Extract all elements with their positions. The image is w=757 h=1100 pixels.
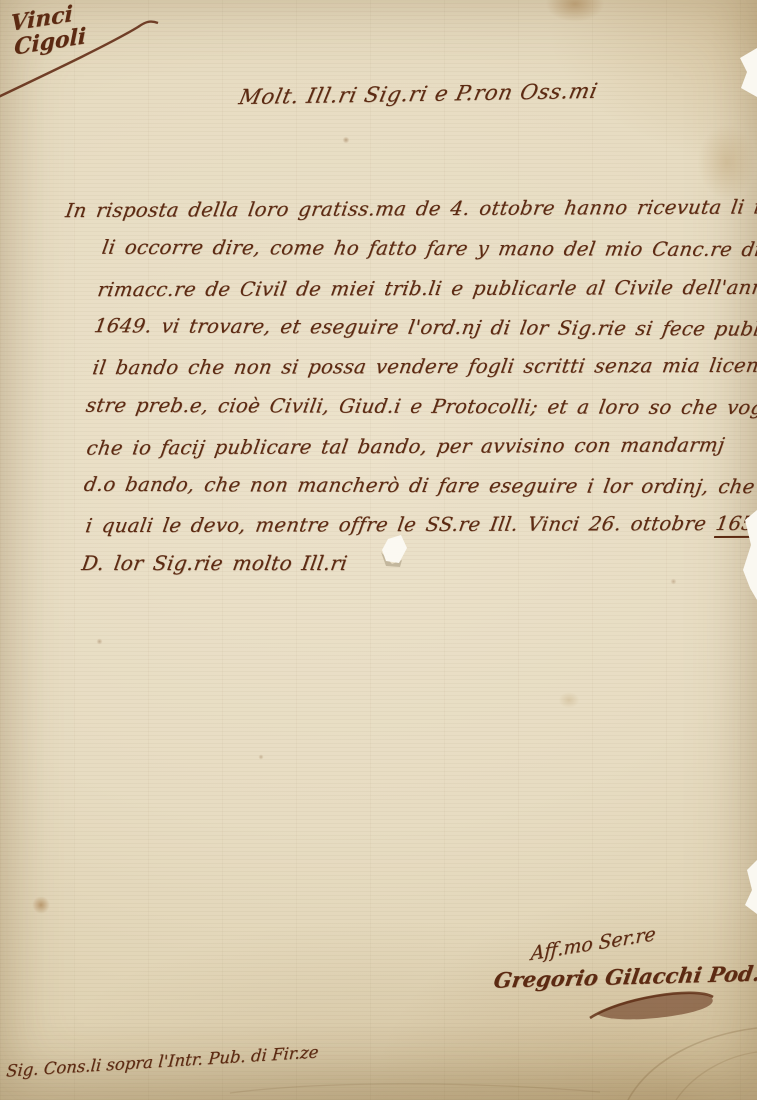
body-line-5: il bando che non si possa vendere fogli … [91, 354, 757, 379]
body-line-1: In risposta della loro gratiss.ma de 4. … [64, 195, 757, 222]
date-year: 1652 [714, 512, 757, 538]
body-line-7: che io facij publicare tal bando, per av… [85, 433, 726, 459]
body-line-6: stre preb.e, cioè Civili, Giud.i e Proto… [84, 394, 757, 420]
body-line-9: i quali le devo, mentre offre le SS.re I… [84, 512, 757, 537]
closing-line: D. lor Sig.rie molto Ill.ri [80, 551, 349, 575]
body-line-9-text: i quali le devo, mentre offre le SS.re I… [84, 512, 718, 537]
body-line-2: li occorre dire, come ho fatto fare y ma… [100, 236, 757, 262]
letter-page: Vinci Cigoli Molt. Ill.ri Sig.ri e P.ron… [0, 0, 757, 1100]
body-line-8: d.o bando, che non mancherò di fare eseg… [82, 473, 756, 498]
body-line-3: rimacc.re de Civil de miei trib.li e pub… [96, 276, 757, 301]
body-line-4: 1649. vi trovare, et eseguire l'ord.nj d… [92, 314, 757, 341]
